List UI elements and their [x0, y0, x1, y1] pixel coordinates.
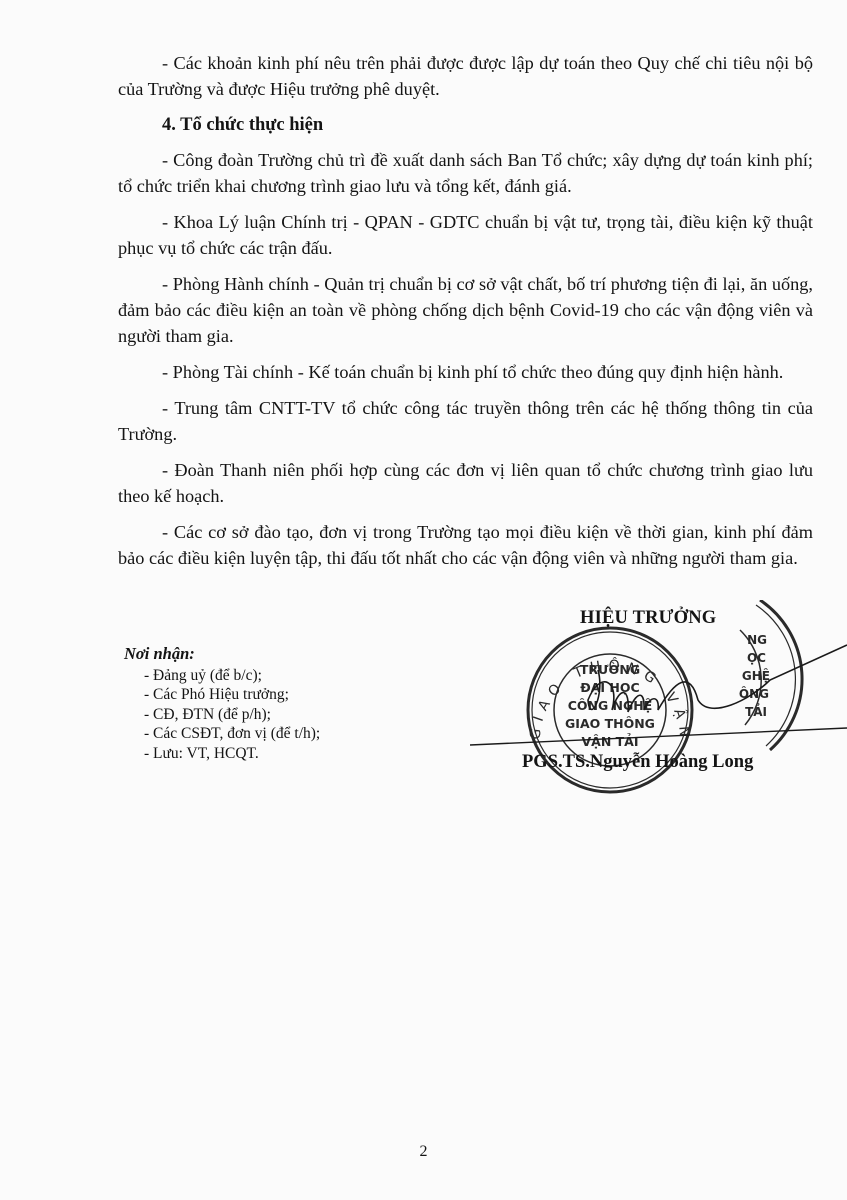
recipient-item: - Lưu: VT, HCQT. [124, 744, 320, 764]
svg-text:TẢI: TẢI [745, 703, 767, 719]
signatory-name: PGS.TS.Nguyễn Hoàng Long [522, 752, 753, 773]
paragraph-it-center: - Trung tâm CNTT-TV tổ chức công tác tru… [118, 395, 813, 447]
svg-text:GIAO THÔNG: GIAO THÔNG [565, 716, 655, 731]
svg-text:ĐẠI HỌC: ĐẠI HỌC [580, 680, 639, 695]
page-number: 2 [0, 1143, 847, 1161]
recipient-item: - Đảng uỷ (để b/c); [124, 666, 320, 686]
recipient-item: - Các Phó Hiệu trưởng; [124, 685, 320, 705]
document-page: - Các khoản kinh phí nêu trên phải được … [0, 0, 847, 1200]
svg-text:CÔNG NGHỆ: CÔNG NGHỆ [568, 698, 653, 713]
signature-block: GIAO THÔNG VẬN TẢI TRƯỜNG ĐẠI HỌC CÔNG N… [470, 600, 847, 800]
recipient-item: - Các CSĐT, đơn vị (để t/h); [124, 724, 320, 744]
svg-text:GHỆ: GHỆ [742, 668, 770, 683]
paragraph-administration-office: - Phòng Hành chính - Quản trị chuẩn bị c… [118, 271, 813, 349]
svg-text:ỌC: ỌC [747, 651, 766, 665]
section-heading: 4. Tổ chức thực hiện [118, 112, 813, 138]
paragraph-finance-office: - Phòng Tài chính - Kế toán chuẩn bị kin… [118, 359, 813, 385]
recipients-title: Nơi nhận: [124, 644, 320, 664]
paragraph-training-units: - Các cơ sở đào tạo, đơn vị trong Trường… [118, 519, 813, 571]
document-body: - Các khoản kinh phí nêu trên phải được … [118, 50, 813, 581]
paragraph-trade-union: - Công đoàn Trường chủ trì đề xuất danh … [118, 147, 813, 199]
recipients-block: Nơi nhận: - Đảng uỷ (để b/c); - Các Phó … [124, 644, 320, 763]
svg-text:TRƯỜNG: TRƯỜNG [580, 662, 640, 677]
svg-text:VẬN TẢI: VẬN TẢI [581, 733, 638, 749]
paragraph-political-theory-faculty: - Khoa Lý luận Chính trị - QPAN - GDTC c… [118, 209, 813, 261]
paragraph-funding-note: - Các khoản kinh phí nêu trên phải được … [118, 50, 813, 102]
signatory-title: HIỆU TRƯỞNG [580, 608, 716, 629]
recipient-item: - CĐ, ĐTN (để p/h); [124, 705, 320, 725]
svg-text:NG: NG [747, 633, 767, 647]
paragraph-youth-union: - Đoàn Thanh niên phối hợp cùng các đơn … [118, 457, 813, 509]
